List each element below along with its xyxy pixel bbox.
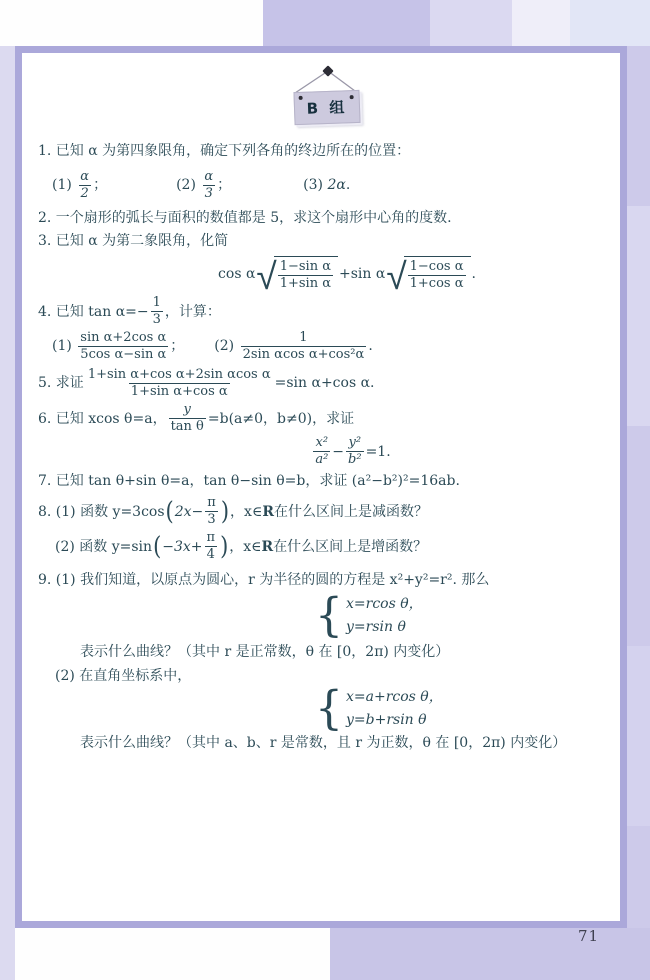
fraction: sin α+2cos α 5cos α−sin α — [78, 330, 168, 363]
problem-text: 表示什么曲线？（其中 a、b、r 是常数，且 r 为正数，θ 在 [0，2π) … — [80, 733, 566, 753]
exercise-content: B 组 1. 已知 α 为第四象限角，确定下列各角的终边所在的位置： (1) α… — [22, 53, 620, 753]
math-term: cos α — [218, 264, 255, 284]
item-punct: . — [368, 336, 372, 356]
math-term: 2x− — [175, 502, 204, 522]
problem-2-head: 2. 一个扇形的弧长与面积的数值都是 5，求这个扇形中心角的度数. — [38, 208, 604, 228]
pin-icon — [299, 96, 303, 100]
problem-text: 在什么区间上是增函数？ — [273, 537, 427, 557]
problem-9-tail-2: 表示什么曲线？（其中 a、b、r 是常数，且 r 为正数，θ 在 [0，2π) … — [38, 733, 604, 753]
problem-text: =b(a≠0，b≠0)，求证 — [208, 409, 354, 429]
section-label: B 组 — [306, 97, 347, 118]
equation-line: x=a+rcos θ， — [346, 686, 443, 709]
equation-line: x=rcos θ， — [346, 593, 423, 616]
item-label: (2) — [176, 175, 196, 195]
item-label: (2) — [214, 336, 234, 356]
problem-text: 7. 已知 tan θ+sin θ=a，tan θ−sin θ=b，求证 (a²… — [38, 471, 460, 491]
content-frame: B 组 1. 已知 α 为第四象限角，确定下列各角的终边所在的位置： (1) α… — [15, 46, 627, 928]
item-label: (1) — [52, 175, 72, 195]
item-expression: 2α — [327, 175, 345, 195]
problem-text: 6. 已知 xcos θ=a， — [38, 409, 167, 429]
math-term: =1. — [366, 442, 391, 462]
problem-9-system-2: { x=a+rcos θ， y=b+rsin θ — [38, 686, 604, 732]
problem-text: 9. (1) 我们知道，以原点为圆心，r 为半径的圆的方程是 x²+y²=r².… — [38, 570, 489, 590]
math-set-symbol: R — [262, 502, 274, 522]
fraction: 1 2sin αcos α+cos²α — [241, 330, 367, 363]
equation-line: y=b+rsin θ — [346, 709, 443, 732]
item-punct: ； — [170, 336, 184, 356]
problem-text: 2. 一个扇形的弧长与面积的数值都是 5，求这个扇形中心角的度数. — [38, 208, 452, 228]
right-margin-band — [627, 46, 650, 980]
problem-3-head: 3. 已知 α 为第二象限角，化简 — [38, 231, 604, 251]
close-paren: ) — [221, 499, 229, 524]
margin-patch — [627, 206, 650, 426]
margin-patch — [512, 0, 570, 46]
open-paren: ( — [153, 534, 161, 559]
fraction: π 4 — [205, 530, 218, 563]
item-label: (1) — [52, 336, 72, 356]
problem-3-formula: cos α √ 1−sin α 1+sin α +sin α √ — [64, 253, 630, 295]
problem-text: ，x∈ — [230, 502, 262, 522]
close-paren: ) — [220, 534, 228, 559]
margin-patch — [570, 0, 650, 46]
problem-7: 7. 已知 tan θ+sin θ=a，tan θ−sin θ=b，求证 (a²… — [38, 471, 604, 491]
problem-8-item-1: 8. (1) 函数 y=3cos ( 2x− π 3 ) ，x∈ R 在什么区间… — [38, 495, 604, 528]
sign-board: B 组 — [293, 90, 360, 125]
problem-5: 5. 求证 1+sin α+cos α+2sin αcos α 1+sin α+… — [38, 366, 604, 400]
fraction: 1−cos α 1+cos α — [408, 259, 466, 292]
problem-text: 在什么区间上是减函数？ — [274, 502, 428, 522]
bottom-margin-band — [330, 928, 650, 980]
problem-6-head: 6. 已知 xcos θ=a， y tan θ =b(a≠0，b≠0)，求证 — [38, 402, 604, 435]
fraction: 1 3 — [151, 295, 163, 328]
math-set-symbol: R — [262, 537, 274, 557]
problem-9-system-1: { x=rcos θ， y=rsin θ — [38, 593, 604, 639]
problem-9-tail-1: 表示什么曲线？（其中 r 是正常数，θ 在 [0，2π) 内变化） — [38, 642, 604, 662]
problem-9-head: 9. (1) 我们知道，以原点为圆心，r 为半径的圆的方程是 x²+y²=r².… — [38, 570, 604, 590]
item-punct: . — [346, 175, 350, 195]
problem-text: 5. 求证 — [38, 373, 84, 393]
math-operator: − — [332, 442, 344, 462]
textbook-page: 71 B 组 1. 已知 α 为第四象限角，确定下列各角的终边所在的位置： — [0, 0, 650, 980]
fraction: π 3 — [205, 495, 218, 528]
problem-1-items: (1) α 2 ； (2) α 3 ； (3) 2α . — [38, 167, 604, 203]
problem-4-items: (1) sin α+2cos α 5cos α−sin α ； (2) 1 2s… — [38, 328, 604, 364]
fraction: α 2 — [78, 169, 91, 202]
problem-text: (2) 函数 y=sin — [55, 537, 152, 557]
item-punct: ； — [217, 175, 231, 195]
problem-text: 8. (1) 函数 y=3cos — [38, 502, 165, 522]
problem-4-head: 4. 已知 tan α=− 1 3 ，计算： — [38, 295, 604, 328]
problem-6-formula: x² a² − y² b² =1. — [68, 435, 634, 468]
math-term: +sin α — [339, 264, 385, 284]
item-label: (3) — [303, 175, 323, 195]
fraction: y² b² — [346, 435, 364, 468]
problem-text: 1. 已知 α 为第四象限角，确定下列各角的终边所在的位置： — [38, 141, 410, 161]
problem-text: 表示什么曲线？（其中 r 是正常数，θ 在 [0，2π) 内变化） — [80, 642, 449, 662]
math-term: −3x+ — [162, 537, 202, 557]
problem-text: 3. 已知 α 为第二象限角，化简 — [38, 231, 228, 251]
problem-text: 4. 已知 tan α=− — [38, 302, 149, 322]
problem-8-item-2: (2) 函数 y=sin ( −3x+ π 4 ) ，x∈ R 在什么区间上是增… — [38, 530, 604, 563]
brace-icon: { — [315, 593, 343, 639]
problem-text: (2) 在直角坐标系中， — [55, 666, 191, 686]
margin-patch — [627, 646, 650, 826]
problem-text: ，计算： — [165, 302, 221, 322]
problem-text: ，x∈ — [229, 537, 261, 557]
brace-icon: { — [315, 686, 343, 732]
top-margin-band — [263, 0, 650, 46]
fraction: x² a² — [313, 435, 330, 468]
math-term: =sin α+cos α. — [275, 373, 375, 393]
margin-patch — [430, 0, 512, 46]
math-punct: . — [472, 264, 476, 284]
fraction: 1+sin α+cos α+2sin αcos α 1+sin α+cos α — [86, 367, 273, 400]
fraction: 1−sin α 1+sin α — [278, 259, 333, 292]
page-number: 71 — [578, 927, 599, 945]
fraction: y tan θ — [169, 402, 206, 435]
section-sign: B 组 — [38, 53, 604, 125]
left-margin-band — [0, 46, 15, 980]
equation-line: y=rsin θ — [346, 616, 423, 639]
square-root: √ 1−sin α 1+sin α — [256, 256, 338, 292]
fraction: α 3 — [202, 169, 215, 202]
square-root: √ 1−cos α 1+cos α — [386, 256, 470, 292]
problem-1-head: 1. 已知 α 为第四象限角，确定下列各角的终边所在的位置： — [38, 141, 604, 161]
pin-icon — [350, 95, 354, 99]
open-paren: ( — [166, 499, 174, 524]
item-punct: ； — [93, 175, 107, 195]
